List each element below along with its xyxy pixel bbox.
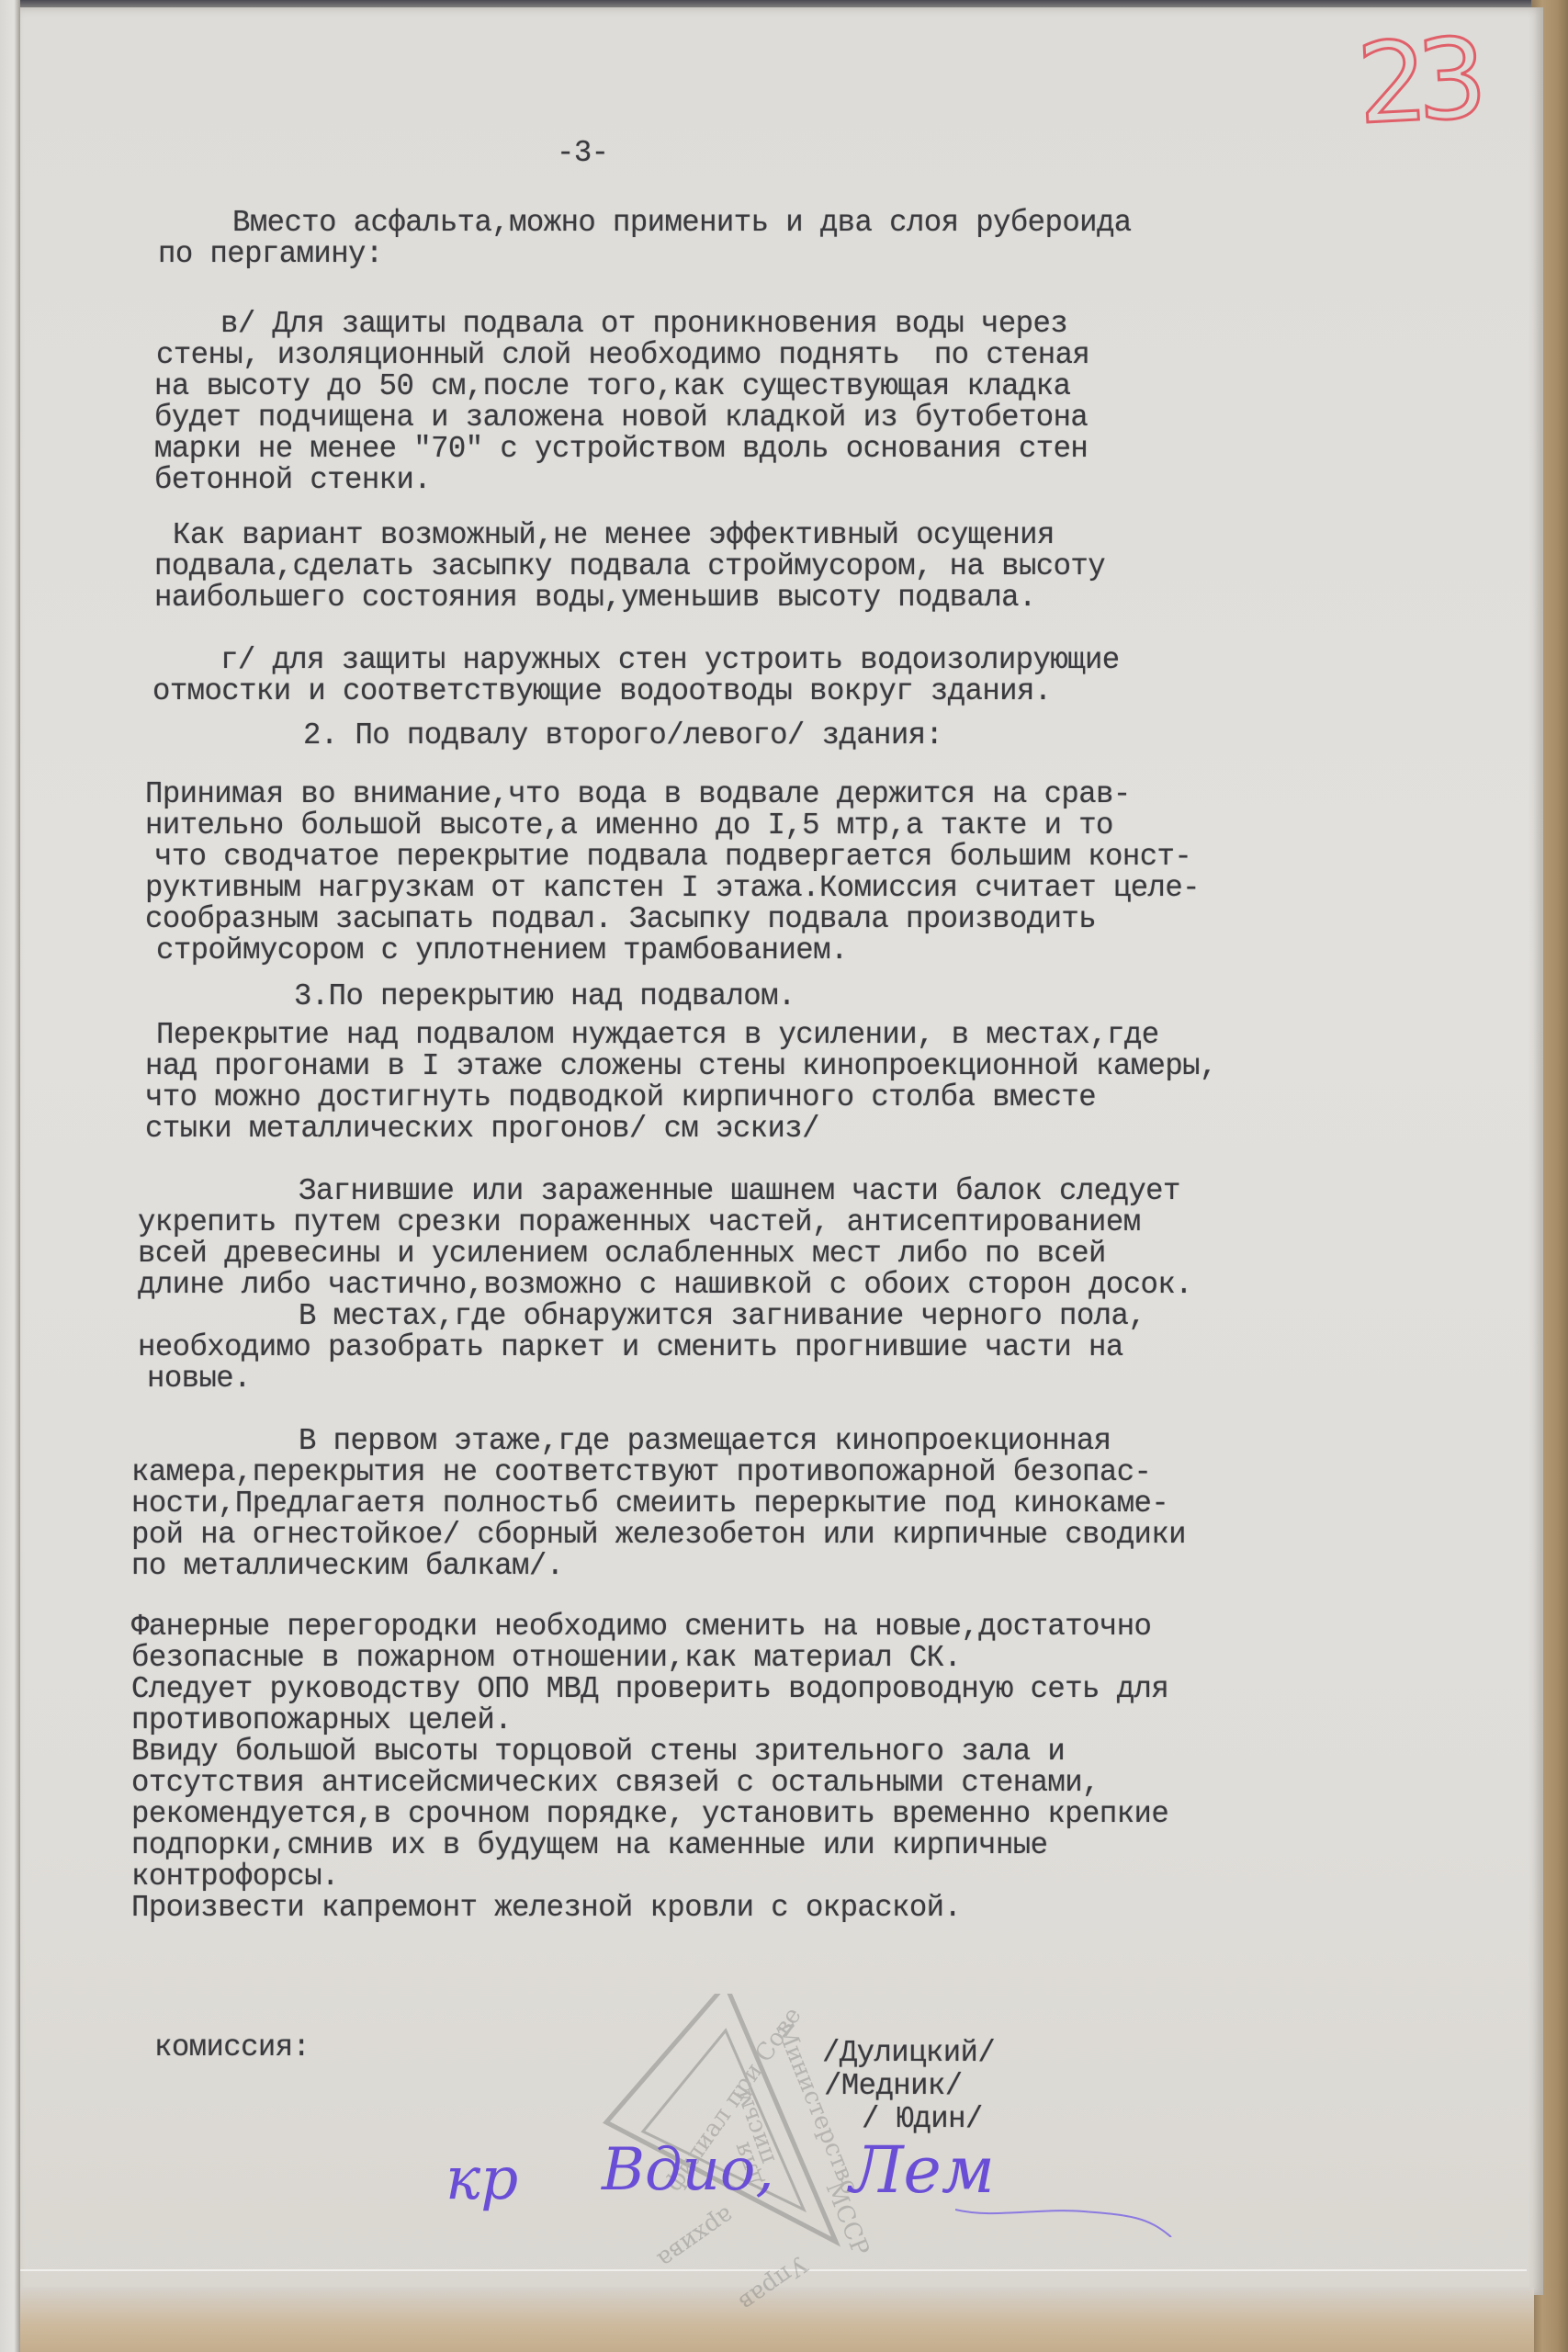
adjacent-page-edge [0,0,20,2352]
text-line: Вместо асфальта,можно применить и два сл… [232,208,1132,239]
signature-flourish-icon [955,2200,1176,2237]
text-line: марки не менее "70" с устройством вдоль … [154,434,1088,465]
handwritten-signature: Вдио, [602,2141,774,2199]
text-line: сообразным засыпать подвал. Засыпку подв… [145,904,1096,935]
text-line: длине либо частично,возможно с нашивкой … [138,1270,1192,1301]
text-line: подпорки,смнив их в будущем на каменные … [131,1830,1047,1861]
text-line: Принимая во внимание,что вода в водвале … [145,779,1131,810]
signatory-name: /Дулицкий/ [822,2038,995,2069]
text-line: отсутствия антисейсмических связей с ост… [131,1768,1100,1799]
text-line: укрепить путем срезки пораженных частей,… [138,1207,1141,1238]
text-line: необходимо разобрать паркет и сменить пр… [138,1332,1123,1363]
text-line: стены, изоляционный слой необходимо подн… [156,340,1089,371]
text-line: руктивным нагрузкам от капстен I этажа.К… [145,873,1200,904]
text-line: всей древесины и усилением ослабленных м… [138,1238,1106,1270]
handwritten-signature: кр [446,2150,518,2209]
text-line: рекомендуется,в срочном порядке, установ… [131,1799,1168,1830]
text-line: на высоту до 50 см,после того,как сущест… [154,371,1070,402]
official-stamp: филиал при Сове Министерство МССР для пи… [588,1994,863,2269]
text-line: безопасные в пожарном отношении,как мате… [131,1643,961,1674]
text-line: Фанерные перегородки необходимо сменить … [131,1611,1151,1643]
text-line: наибольшего состояния воды,уменьшив высо… [154,582,1036,614]
text-line: что можно достигнуть подводкой кирпичног… [145,1082,1096,1114]
text-line: В местах,где обнаружится загнивание черн… [299,1301,1145,1332]
text-line: отмостки и соответствующие водоотводы во… [152,676,1052,707]
text-line: Как вариант возможный,не менее эффективн… [173,520,1055,551]
text-line: по металлическим балкам/. [131,1551,563,1582]
signatory-name: /Медник/ [824,2071,963,2102]
text-line: подвала,сделать засыпку подвала строймус… [154,551,1105,582]
text-line: по пергамину: [158,239,383,270]
text-line: ности,Предлагаетя полностьб смеиить пере… [131,1488,1168,1520]
text-line: Перекрытие над подвалом нуждается в усил… [156,1020,1159,1051]
page-bottom-edge [20,2288,1534,2352]
text-line: стыки металлических прогонов/ см эскиз/ [145,1114,819,1145]
handwritten-signature: Лем [850,2141,995,2199]
text-line: в/ Для защиты подвала от проникновения в… [220,309,1067,340]
text-line: рой на огнестойкое/ сборный железобетон … [131,1520,1186,1551]
text-line: что сводчатое перекрытие подвала подверг… [154,842,1191,873]
text-line: бетонной стенки. [154,465,431,496]
signatory-name: / Юдин/ [862,2104,983,2135]
text-line: Загнившие или зараженные шашнем части ба… [299,1176,1180,1207]
text-line: Следует руководству ОПО МВД проверить во… [131,1674,1168,1705]
commission-label: комиссия: [154,2032,310,2064]
folio-number: 23 [1355,25,1479,141]
text-line: контрофорсы. [131,1861,339,1893]
section-heading: 2. По подвалу второго/левого/ здания: [303,720,942,752]
text-line: будет подчищена и заложена новой кладкой… [154,402,1088,434]
text-line: Произвести капремонт железной кровли с о… [131,1893,961,1924]
text-line: Ввиду большой высоты торцовой стены зрит… [131,1736,1065,1768]
text-line: строймусором с уплотнением трамбованием. [156,935,848,967]
text-line: В первом этаже,где размещается кинопроек… [299,1426,1111,1457]
page-number: -3- [557,138,608,169]
text-line: новые. [147,1363,251,1395]
text-line: нительно большой высоте,а именно до I,5 … [145,810,1113,842]
text-line: камера,перекрытия не соответствуют проти… [131,1457,1151,1488]
text-line: над прогонами в I этаже сложены стены ки… [145,1051,1217,1082]
text-line: г/ для защиты наружных стен устроить вод… [220,645,1120,676]
section-heading: 3.По перекрытию над подвалом. [294,981,795,1012]
text-line: противопожарных целей. [131,1705,512,1736]
